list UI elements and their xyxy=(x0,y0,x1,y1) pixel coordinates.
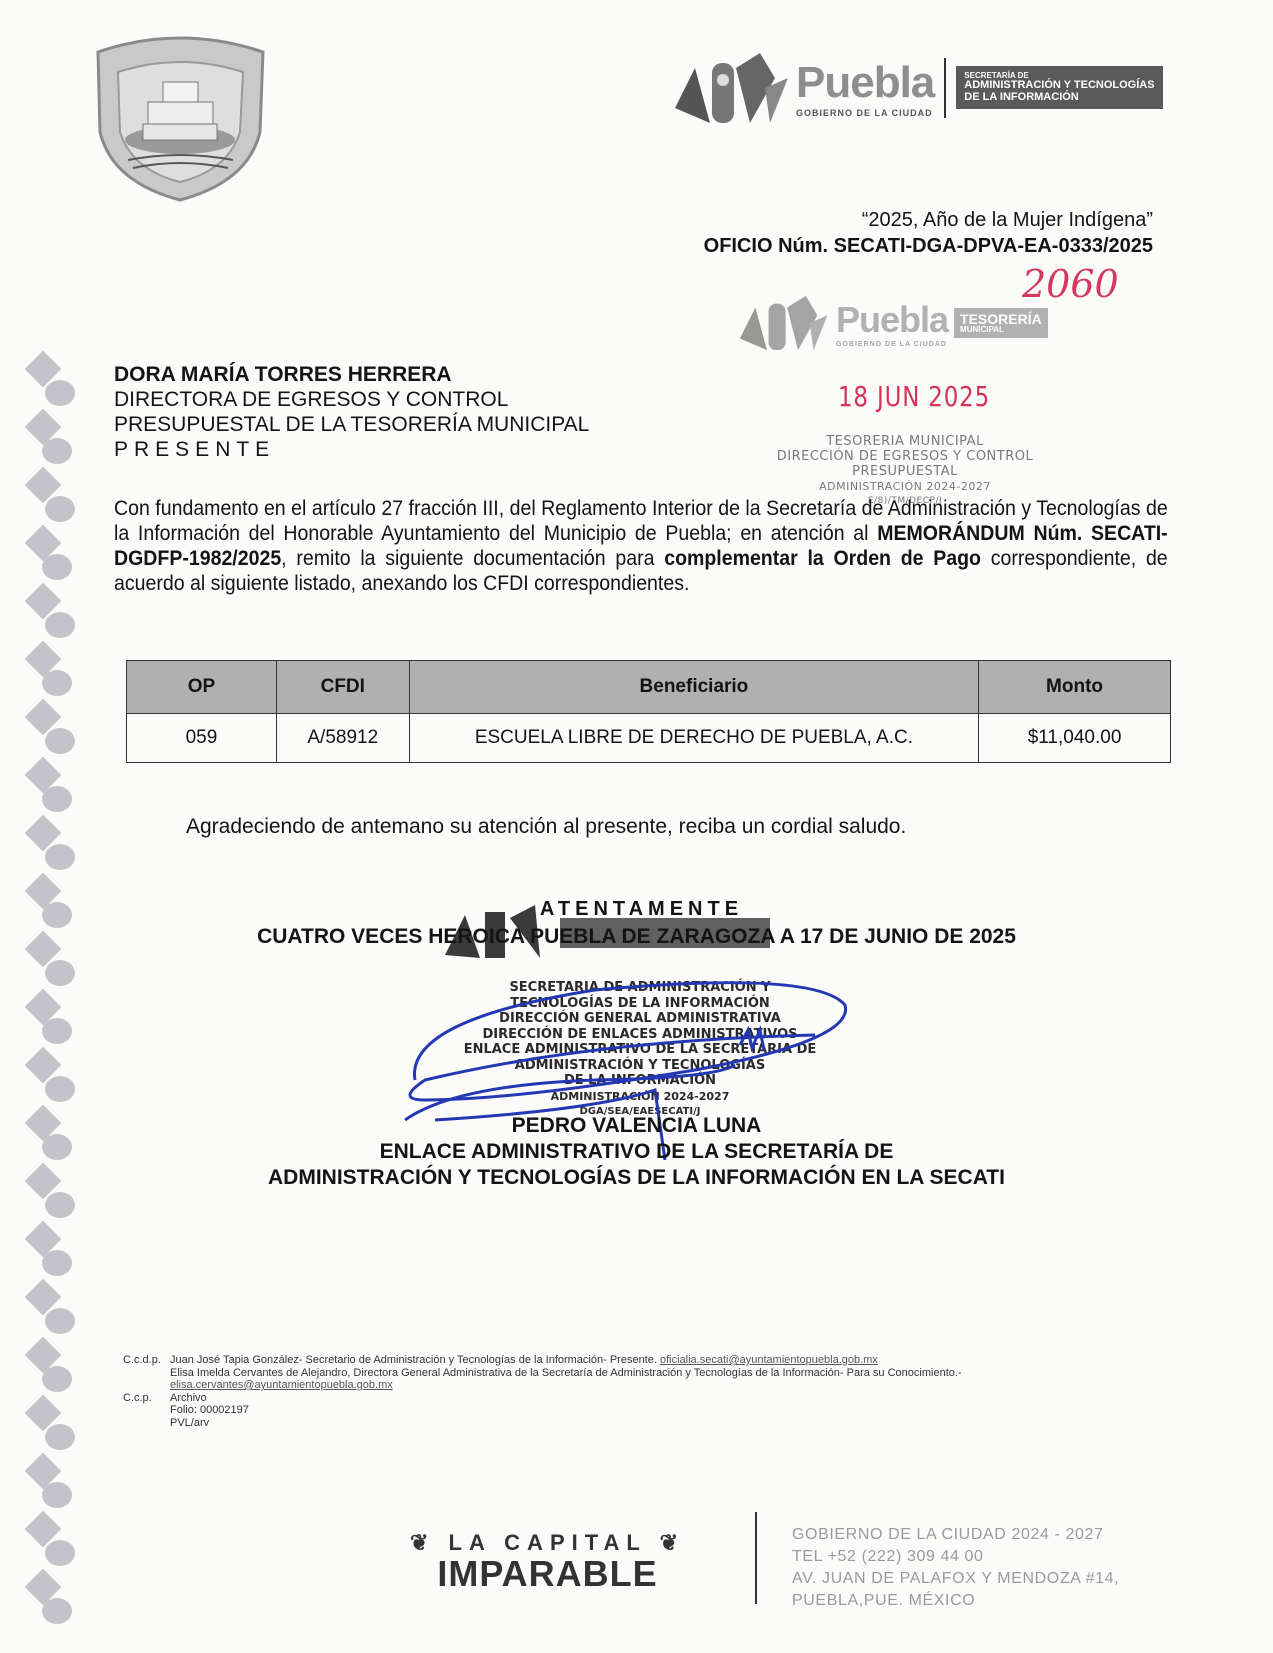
wing-left-icon: ❦ xyxy=(410,1530,449,1555)
cell-op: 059 xyxy=(127,714,277,763)
stamp-line: ADMINISTRACIÓN 2024-2027 xyxy=(745,479,1065,494)
flower-motif-icon xyxy=(45,1192,75,1218)
email-link-elisa[interactable]: elisa.cervantes@ayuntamientopuebla.gob.m… xyxy=(170,1379,393,1392)
recipient-greeting: PRESENTE xyxy=(114,437,589,462)
badge-line-1: TESORERÍA xyxy=(960,312,1042,326)
initials: PVL/arv xyxy=(170,1417,209,1430)
footer-brand-logo: ❦ LA CAPITAL ❦ IMPARABLE xyxy=(410,1530,685,1592)
tesoreria-badge: TESORERÍA MUNICIPAL xyxy=(954,308,1048,338)
stamp-line: DIRECCIÓN DE EGRESOS Y CONTROL xyxy=(745,449,1065,464)
city-crest-icon xyxy=(88,32,273,202)
ccdp-label: C.c.d.p. xyxy=(123,1354,170,1367)
recipient-title-1: DIRECTORA DE EGRESOS Y CONTROL xyxy=(114,387,589,412)
flower-motif-icon xyxy=(42,1250,72,1276)
atentamente-label: ATENTAMENTE xyxy=(0,898,1273,921)
stamp-line: TESORERIA MUNICIPAL xyxy=(745,434,1065,449)
footer-contact-info: GOBIERNO DE LA CIUDAD 2024 - 2027 TEL +5… xyxy=(792,1524,1119,1612)
recipient-name: DORA MARÍA TORRES HERRERA xyxy=(114,362,589,387)
secretaria-line-1: ADMINISTRACIÓN Y TECNOLOGÍAS xyxy=(964,80,1154,92)
brand-line-2: IMPARABLE xyxy=(410,1556,685,1592)
ccp-label: C.c.p. xyxy=(123,1392,170,1405)
signer-title-1: ENLACE ADMINISTRATIVO DE LA SECRETARÍA D… xyxy=(0,1139,1273,1165)
tesoreria-stamp-logo: Puebla GOBIERNO DE LA CIUDAD TESORERÍA M… xyxy=(735,288,1095,358)
footer-divider xyxy=(755,1512,757,1604)
flower-motif-icon xyxy=(45,960,75,986)
flower-motif-icon xyxy=(45,380,75,406)
cell-beneficiario: ESCUELA LIBRE DE DERECHO DE PUEBLA, A.C. xyxy=(409,714,978,763)
brand-line-1: LA CAPITAL xyxy=(449,1530,647,1555)
col-monto: Monto xyxy=(979,661,1171,714)
stamp-wordmark: Puebla xyxy=(836,299,948,341)
col-cfdi: CFDI xyxy=(276,661,409,714)
flower-motif-icon xyxy=(42,554,72,580)
secretaria-badge: SECRETARÍA DE ADMINISTRACIÓN Y TECNOLOGÍ… xyxy=(956,66,1162,109)
signer-block: PEDRO VALENCIA LUNA ENLACE ADMINISTRATIV… xyxy=(0,1113,1273,1191)
flower-motif-icon xyxy=(42,1018,72,1044)
footer-city: PUEBLA,PUE. MÉXICO xyxy=(792,1590,1119,1612)
recipient-block: DORA MARÍA TORRES HERRERA DIRECTORA DE E… xyxy=(114,362,589,462)
badge-line-2: MUNICIPAL xyxy=(960,326,1042,334)
closing-line: Agradeciendo de antemano su atención al … xyxy=(186,815,906,839)
year-motto: “2025, Año de la Mujer Indígena” xyxy=(862,209,1153,232)
col-beneficiario: Beneficiario xyxy=(409,661,978,714)
ccp-line-1: Archivo xyxy=(170,1392,207,1405)
puebla-emblem-icon xyxy=(670,48,790,128)
body-paragraph: Con fundamento en el artículo 27 fracció… xyxy=(114,496,1168,596)
flower-motif-icon xyxy=(45,1540,75,1566)
flower-motif-icon xyxy=(45,1308,75,1334)
flower-motif-icon xyxy=(45,728,75,754)
secretaria-line-2: DE LA INFORMACIÓN xyxy=(964,92,1154,104)
payment-table: OP CFDI Beneficiario Monto 059 A/58912 E… xyxy=(126,660,1171,763)
flower-motif-icon xyxy=(42,670,72,696)
logo-divider xyxy=(944,58,946,118)
folio-number: Folio: 00002197 xyxy=(170,1404,249,1417)
puebla-emblem-icon xyxy=(735,292,830,354)
flower-motif-icon xyxy=(42,1598,72,1624)
puebla-header-logo: Puebla GOBIERNO DE LA CIUDAD SECRETARÍA … xyxy=(670,45,1230,130)
cell-cfdi: A/58912 xyxy=(276,714,409,763)
footer-line: GOBIERNO DE LA CIUDAD 2024 - 2027 xyxy=(792,1524,1119,1546)
stamp-line: PRESUPUESTAL xyxy=(745,464,1065,479)
flower-motif-icon xyxy=(42,438,72,464)
flower-motif-icon xyxy=(42,1366,72,1392)
footer-phone: TEL +52 (222) 309 44 00 xyxy=(792,1546,1119,1568)
table-row: 059 A/58912 ESCUELA LIBRE DE DERECHO DE … xyxy=(127,714,1171,763)
city-and-date: CUATRO VECES HEROICA PUEBLA DE ZARAGOZA … xyxy=(0,925,1273,949)
footer-address: AV. JUAN DE PALAFOX Y MENDOZA #14, xyxy=(792,1568,1119,1590)
email-link-oficialia[interactable]: oficialia.secati@ayuntamientopuebla.gob.… xyxy=(660,1354,878,1366)
order-reference: complementar la Orden de Pago xyxy=(664,547,981,570)
ccdp-line-2: Elisa Imelda Cervantes de Alejandro, Dir… xyxy=(170,1367,962,1380)
flower-motif-icon xyxy=(45,496,75,522)
col-op: OP xyxy=(127,661,277,714)
flower-motif-icon xyxy=(45,844,75,870)
flower-motif-icon xyxy=(42,1482,72,1508)
copies-block: C.c.d.p. Juan José Tapia González- Secre… xyxy=(123,1354,962,1429)
table-header-row: OP CFDI Beneficiario Monto xyxy=(127,661,1171,714)
flower-motif-icon xyxy=(45,1424,75,1450)
flower-motif-icon xyxy=(45,1076,75,1102)
ccdp-line-1: Juan José Tapia González- Secretario de … xyxy=(170,1354,660,1366)
decorative-border xyxy=(0,350,80,1650)
oficio-number: OFICIO Núm. SECATI-DGA-DPVA-EA-0333/2025 xyxy=(704,235,1153,258)
flower-motif-icon xyxy=(42,786,72,812)
cell-monto: $11,040.00 xyxy=(979,714,1171,763)
signer-title-2: ADMINISTRACIÓN Y TECNOLOGÍAS DE LA INFOR… xyxy=(0,1165,1273,1191)
wing-right-icon: ❦ xyxy=(646,1530,685,1555)
reception-date: 18 JUN 2025 xyxy=(838,380,990,413)
logo-subtitle: GOBIERNO DE LA CIUDAD xyxy=(796,108,934,118)
flower-motif-icon xyxy=(45,612,75,638)
signer-name: PEDRO VALENCIA LUNA xyxy=(0,1113,1273,1139)
stamp-subtitle: GOBIERNO DE LA CIUDAD xyxy=(836,341,948,348)
logo-wordmark: Puebla xyxy=(796,58,934,108)
recipient-title-2: PRESUPUESTAL DE LA TESORERÍA MUNICIPAL xyxy=(114,412,589,437)
body-text: , remito la siguiente documentación para xyxy=(281,547,664,570)
